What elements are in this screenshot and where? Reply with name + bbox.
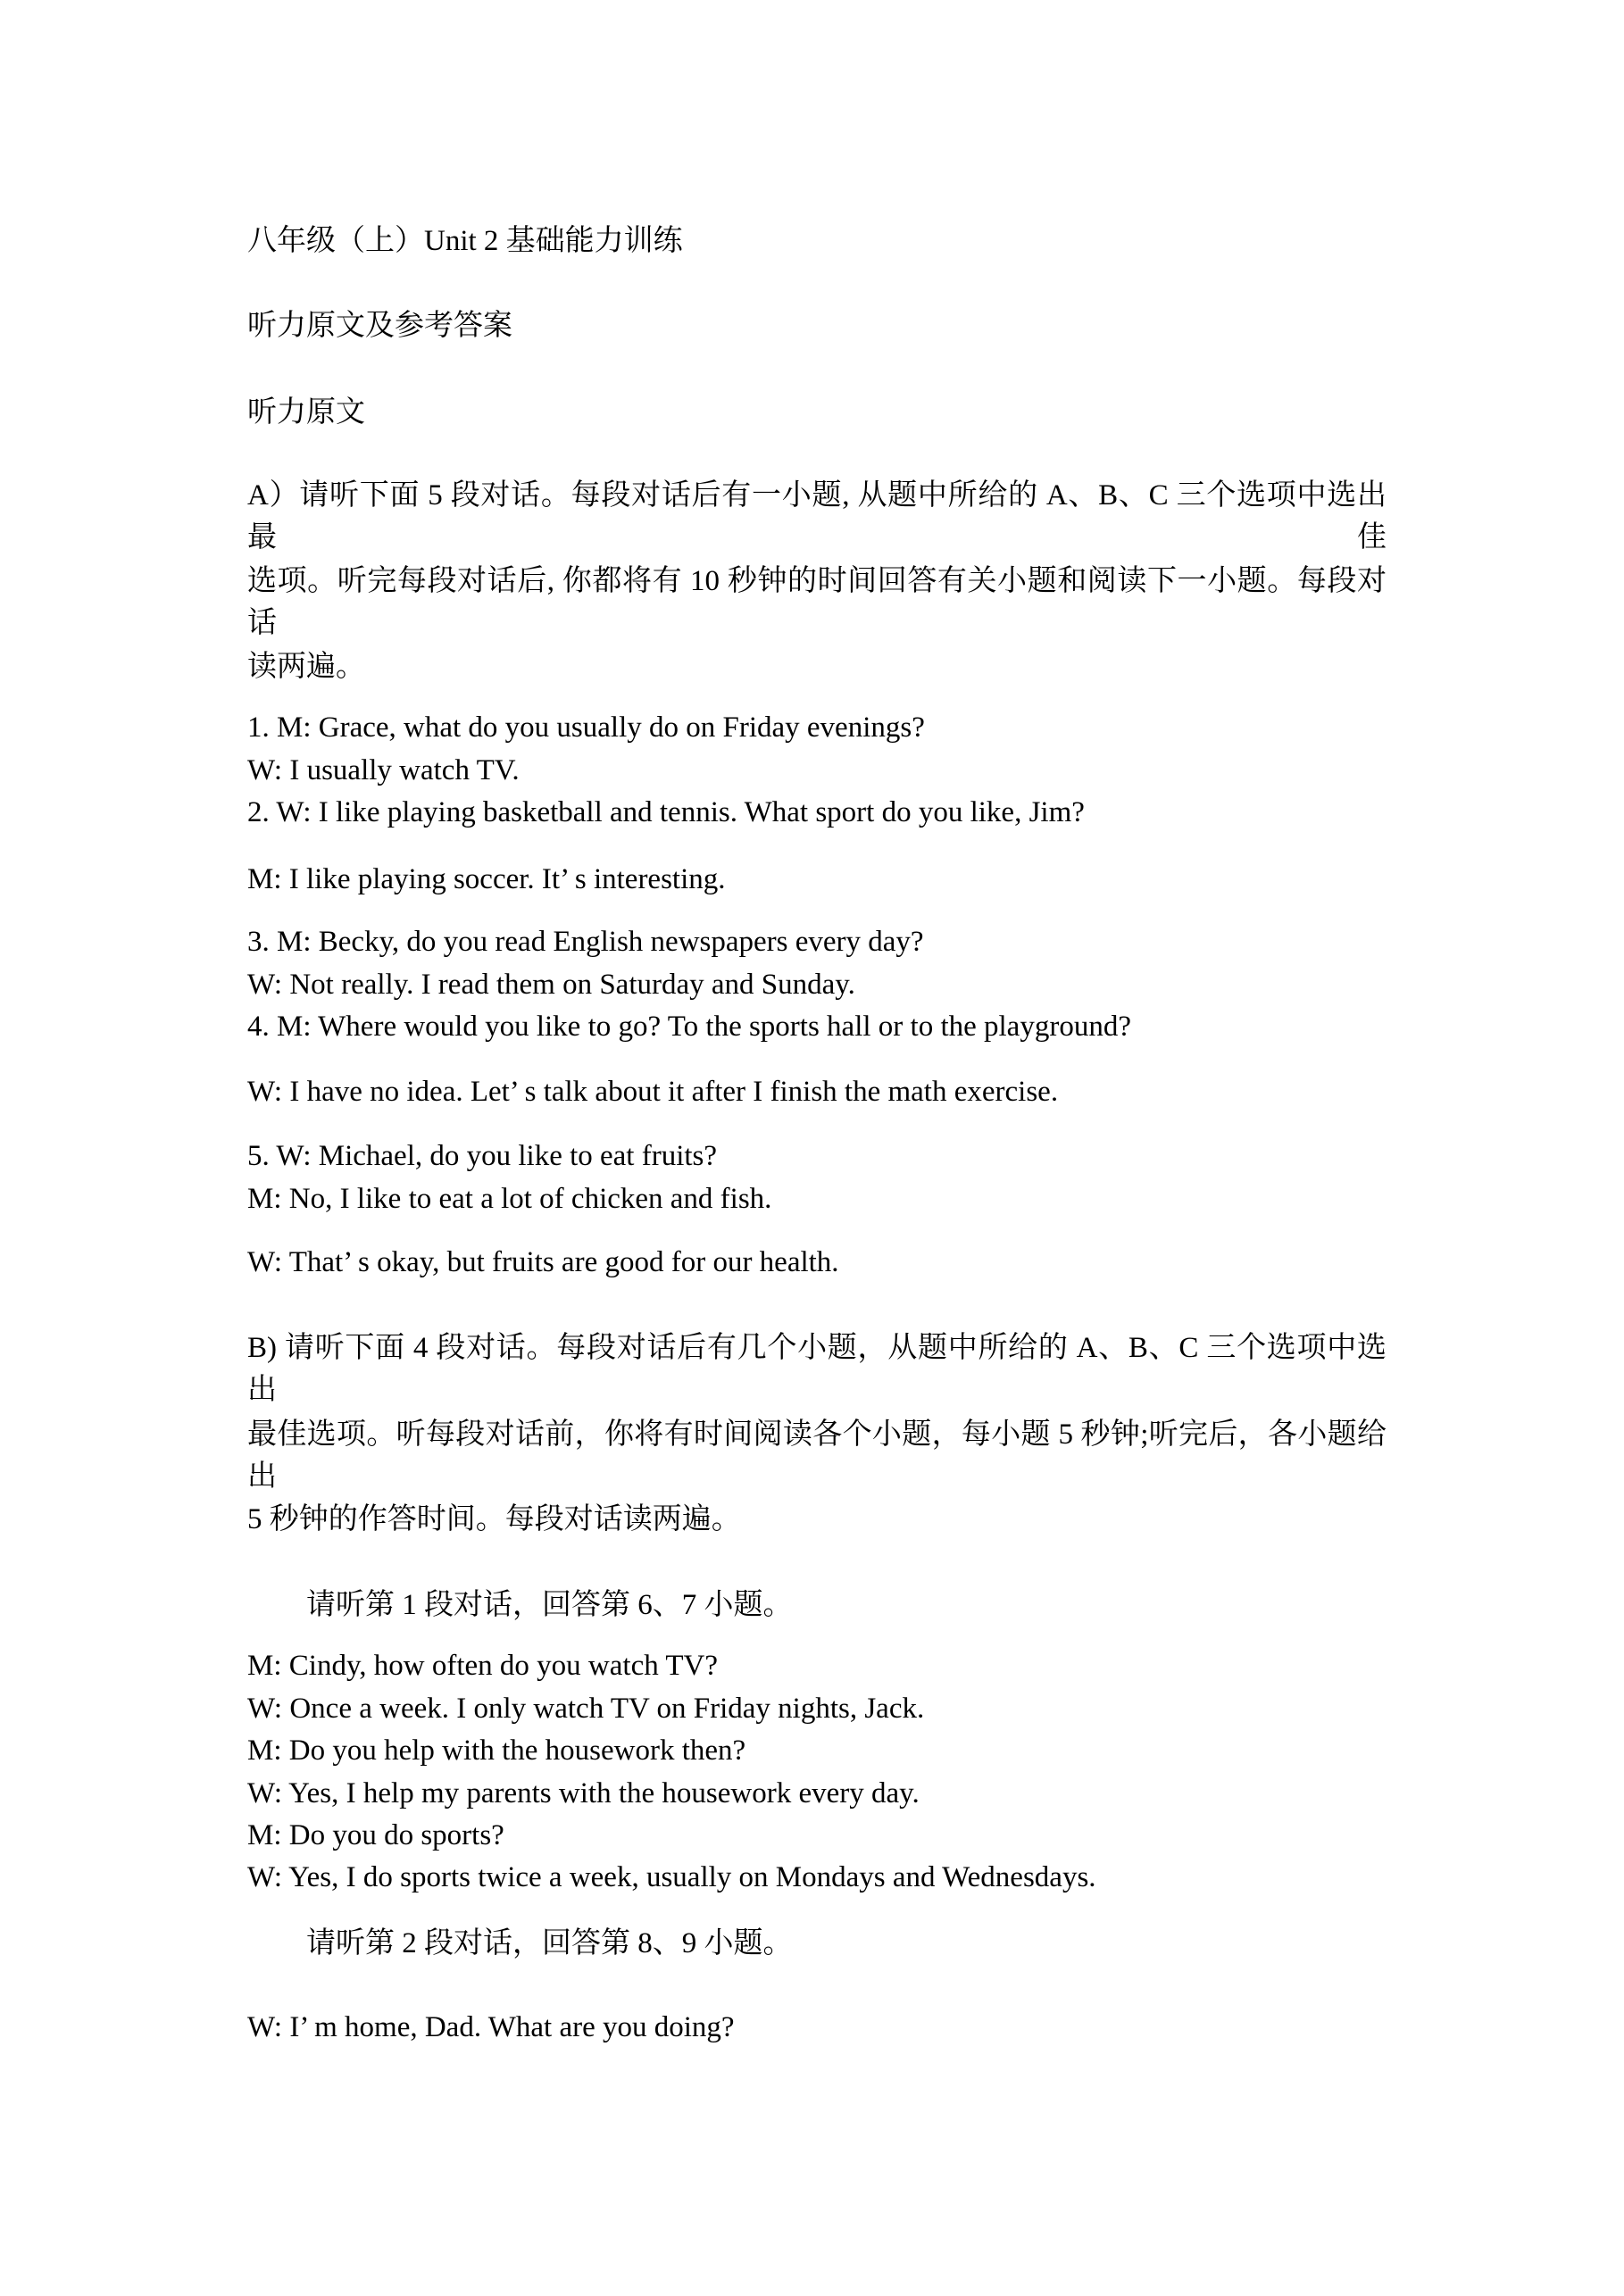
section-b-instruction-line: B) 请听下面 4 段对话。每段对话后有几个小题，从题中所给的 A、B、C 三个… xyxy=(247,1327,1387,1411)
dialogue-line: W: Yes, I do sports twice a week, usuall… xyxy=(247,1857,1096,1899)
dialogue-line: M: Cindy, how often do you watch TV? xyxy=(247,1645,718,1687)
dialogue-line: W: I usually watch TV. xyxy=(247,750,520,792)
dialogue-line: M: Do you do sports? xyxy=(247,1815,504,1857)
dialogue-line: M: No, I like to eat a lot of chicken an… xyxy=(247,1178,771,1220)
dialogue-line: M: Do you help with the housework then? xyxy=(247,1730,745,1772)
dialogue-line: W: Once a week. I only watch TV on Frida… xyxy=(247,1688,924,1730)
answers-heading: 听力原文及参考答案 xyxy=(247,305,512,347)
dialogue-2-prompt: 请听第 2 段对话，回答第 8、9 小题。 xyxy=(306,1923,793,1965)
dialogue-line: 3. M: Becky, do you read English newspap… xyxy=(247,921,924,963)
document-page: 八年级（上）Unit 2 基础能力训练 听力原文及参考答案 听力原文 A）请听下… xyxy=(0,0,1624,2296)
transcript-heading: 听力原文 xyxy=(247,392,365,434)
section-b-instruction-line: 5 秒钟的作答时间。每段对话读两遍。 xyxy=(247,1499,741,1541)
dialogue-line: 5. W: Michael, do you like to eat fruits… xyxy=(247,1136,717,1177)
dialogue-line: W: Not really. I read them on Saturday a… xyxy=(247,964,855,1006)
dialogue-1-prompt: 请听第 1 段对话，回答第 6、7 小题。 xyxy=(306,1585,793,1626)
dialogue-line: W: I’ m home, Dad. What are you doing? xyxy=(247,2007,735,2049)
dialogue-line: W: I have no idea. Let’ s talk about it … xyxy=(247,1071,1058,1113)
section-a-instruction-line: 读两遍。 xyxy=(247,646,365,688)
dialogue-line: M: I like playing soccer. It’ s interest… xyxy=(247,859,726,901)
dialogue-line: W: Yes, I help my parents with the house… xyxy=(247,1773,920,1815)
dialogue-line: 2. W: I like playing basketball and tenn… xyxy=(247,792,1085,834)
dialogue-line: 4. M: Where would you like to go? To the… xyxy=(247,1006,1131,1048)
dialogue-line: W: That’ s okay, but fruits are good for… xyxy=(247,1242,839,1284)
section-a-instruction-line: A）请听下面 5 段对话。每段对话后有一小题, 从题中所给的 A、B、C 三个选… xyxy=(247,475,1387,559)
dialogue-line: 1. M: Grace, what do you usually do on F… xyxy=(247,707,925,749)
section-a-instruction-line: 选项。听完每段对话后, 你都将有 10 秒钟的时间回答有关小题和阅读下一小题。每… xyxy=(247,561,1387,645)
section-b-instruction-line: 最佳选项。听每段对话前，你将有时间阅读各个小题，每小题 5 秒钟;听完后，各小题… xyxy=(247,1414,1387,1498)
doc-title: 八年级（上）Unit 2 基础能力训练 xyxy=(247,220,683,262)
